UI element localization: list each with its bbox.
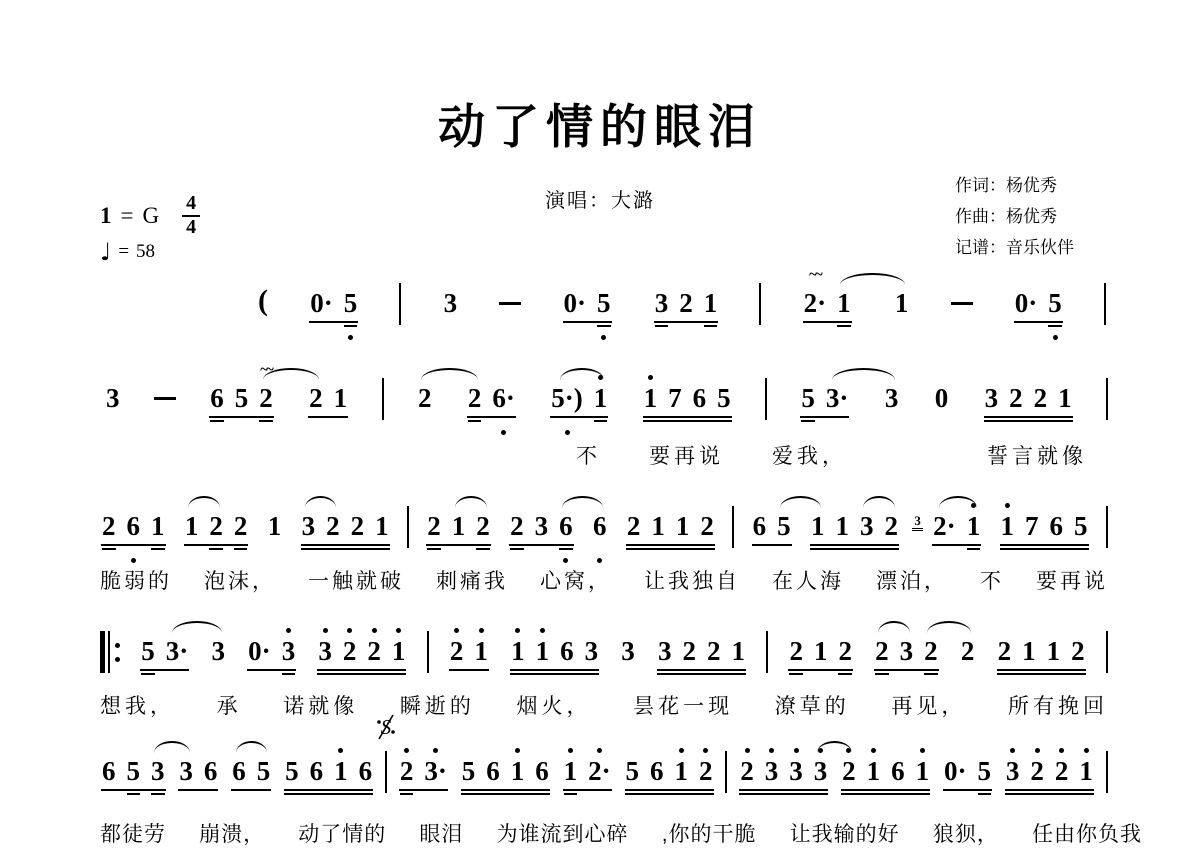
note: 5 [1072,500,1090,567]
beam-line [308,416,348,418]
note-number: 1 [811,510,825,542]
note-number: 1 [895,287,909,319]
note: 2 [840,745,858,812]
note-number: 2 [961,635,975,667]
octave-dot-slot [871,745,876,755]
note-number: 6 [559,510,573,542]
beam-line [752,544,792,546]
open-paren: ( [258,285,268,317]
note: 2 [341,625,359,692]
credits-block: 作词：杨优秀 作曲：杨优秀 记谱：音乐伙伴 [955,170,1074,263]
beam-line [101,544,166,546]
beam-zone [418,414,432,428]
beam-group: 21 [448,625,490,692]
beam-line [284,793,373,795]
note-number: 2 [468,382,482,414]
note-number: 2 [259,382,273,414]
note-number: 3 [658,635,672,667]
beam-group: 53· [139,625,190,692]
note: 3· [164,625,191,692]
note: 1 [149,500,167,567]
note-number: 6· [492,382,515,414]
note: 6 [691,372,709,439]
slur-arc [305,496,337,508]
note: 5 [460,745,478,812]
beam-line [997,669,1086,671]
note: 2 [474,500,492,567]
note: ~~2· [802,277,829,344]
note: 2 [416,372,434,439]
note: 5 [595,277,613,344]
high-octave-dot [372,628,377,633]
beam-line [625,789,714,791]
note: 1 [893,277,911,344]
note-number: 1 [867,755,881,787]
note: 2 [448,625,466,692]
note: 6 [533,745,551,812]
note-number: 1 [151,510,165,542]
note: 6 [208,372,226,439]
note-number: 1 [375,510,389,542]
note-number: 1 [1058,382,1072,414]
note: 6 [100,745,118,812]
octave-dot-slot [1005,500,1010,510]
note: 3 [209,625,227,692]
note-number: 1 [835,510,849,542]
dash-note [951,302,973,305]
octave-dot-slot [794,745,799,755]
note: 1 [674,500,692,567]
note-number: 2· [804,287,827,319]
note: 2 [681,625,699,692]
note-number: 3 [151,755,165,787]
beam-group: 23· [398,745,449,812]
note-number: 6 [310,755,324,787]
note: 3 [883,372,901,439]
high-octave-dot [648,375,653,380]
slur-arc [562,496,603,508]
note-number: 2 [875,635,889,667]
beam-line [550,416,608,418]
note: 5·) [549,372,585,439]
note-number: 1 [676,510,690,542]
octave-dot-slot [372,625,377,635]
note: 2 [349,500,367,567]
note-number: 1 [334,382,348,414]
beam-group: 0·5 [942,745,993,812]
beam-line [309,321,358,323]
beam-line [1014,321,1063,323]
note: 1 [266,500,284,567]
note-number: 2 [700,510,714,542]
octave-dot-slot [338,745,343,755]
note: 3 [104,372,122,439]
note-number: 5 [235,382,249,414]
beam-zone [961,667,975,681]
note-number: 0· [248,635,271,667]
note: 1 [1020,625,1038,692]
slur-arc [817,741,852,753]
note: 2 [625,500,643,567]
note: 3 [653,277,671,344]
note: 5 [125,745,143,812]
beam-group: 2·1 [931,500,982,567]
low-octave-dot [601,335,606,340]
beam-group: 65 [230,745,272,812]
tempo-marking: ♩ = 58 [100,238,155,266]
note-number: 1 [916,755,930,787]
note-number: 2 [789,635,803,667]
note: 2· [586,745,613,812]
note: 7 [666,372,684,439]
beam-line [476,548,490,550]
note: 2 [425,500,443,567]
lyric-segment: 昙花一现 [633,690,733,720]
lyric-segment: 动了情的 [298,818,386,848]
beam-zone [106,414,120,428]
lyric-segment: 瞬逝的 [400,690,475,720]
beam-group: 232 [873,625,940,692]
beam-group: 1765 [642,372,733,439]
high-octave-dot [1084,748,1089,753]
octave-dot-slot [565,428,570,439]
note: 6 [591,500,609,567]
note: 3 [442,277,460,344]
note-number: 1 [644,382,658,414]
note-number: 6 [891,755,905,787]
note: 3 [812,745,830,812]
beam-line [626,544,715,546]
note: 6 [308,745,326,812]
beam-line [234,548,248,550]
note-number: 2 [683,635,697,667]
beam-line [1005,793,1094,795]
low-octave-dot [563,558,568,563]
note-number: 3 [860,510,874,542]
note: 1 [450,500,468,567]
lyric-segment: 脆弱的 [100,565,172,595]
slur-arc [939,496,977,508]
lyrics-line-2: 不要再说爱我，誓言就像 [576,440,1087,470]
note-number: 1 [814,635,828,667]
beam-group: 12· [562,745,613,812]
octave-dot-slot [601,333,606,344]
note-number: 5·) [551,382,583,414]
beam-line [564,793,578,795]
beam-line [247,669,296,671]
beam-line [259,420,273,422]
note-number: 3 [302,510,316,542]
note-number: 1 [675,755,689,787]
note-number: 2· [933,510,956,542]
note-number: 5 [1074,510,1088,542]
beam-line [810,548,899,550]
lyric-segment: 任由你负我 [1032,818,1142,848]
octave-dot-slot [745,745,750,755]
note: 2 [398,745,416,812]
note: 2 [698,500,716,567]
beam-group: 3221 [300,500,391,567]
note: 3 [983,372,1001,439]
beam-zone [444,319,458,333]
note: 6 [202,745,220,812]
beam-group: 2333 [738,745,829,812]
high-octave-dot [286,628,291,633]
beam-line [102,548,116,550]
note: 1 [809,500,827,567]
octave-dot-slot [1084,745,1089,755]
note: ~~2 [257,372,275,439]
note-number: 6 [753,510,767,542]
note-number: 0 [935,382,949,414]
note: 1 [833,500,851,567]
high-octave-dot [396,628,401,633]
note: 7 [1023,500,1041,567]
slur-arc [840,273,905,285]
note-number: 5 [141,635,155,667]
note: 0· [942,745,969,812]
beam-group: 36 [177,745,219,812]
octave-dot-slot [396,625,401,635]
beam-zone [621,667,635,681]
note-number: 1 [967,510,981,542]
mordent-ornament: ~~ [809,267,821,284]
octave-dot-slot [597,745,602,755]
note-number: 2· [588,755,611,787]
beam-line [841,789,930,791]
high-octave-dot [769,748,774,753]
octave-dot-slot [648,372,653,382]
note: 1 [1045,625,1063,692]
beam-line [1048,325,1062,327]
lyric-segment: 潦草的 [775,690,850,720]
beam-line [943,789,992,791]
octave-dot-slot [347,625,352,635]
beam-line [510,673,599,675]
note: 3 [280,625,298,692]
note: 2 [1028,745,1046,812]
high-octave-dot [1059,748,1064,753]
beam-line [801,420,815,422]
beam-line [426,544,491,546]
barline [407,506,409,548]
beam-line [101,789,166,791]
note-number: 3 [621,635,635,667]
high-octave-dot [433,748,438,753]
note: 1 [702,277,720,344]
note: 3 [787,745,805,812]
note: 2 [697,745,715,812]
beam-group: 0·5 [1013,277,1064,344]
note: 2· [931,500,958,567]
note: 2 [787,625,805,692]
note-number: 3 [318,635,332,667]
beam-group: 1132 [809,500,900,567]
repeat-dot [115,657,120,662]
note-number: 6 [535,755,549,787]
tonic-number: 1 [100,203,112,229]
slur-arc [780,496,821,508]
octave-dot-slot [479,625,484,635]
barline [732,506,734,548]
high-octave-dot [323,628,328,633]
lyric-segment: 一触就破 [308,565,404,595]
note-number: 6 [693,382,707,414]
beam-line [654,321,719,323]
beam-zone [895,319,909,333]
note: 0· [562,277,589,344]
note-number: 2 [679,287,693,319]
beam-group: 1765 [999,500,1090,567]
sheet-music-page: 动了情的眼泪 演唱：大潞 作词：杨优秀 作曲：杨优秀 记谱：音乐伙伴 1 = G… [0,0,1200,850]
beam-line [594,420,608,422]
lyric-segment: 要再说 [1036,565,1108,595]
note-number: 2 [418,382,432,414]
note-number: 5 [462,755,476,787]
beam-group: 3221 [983,372,1074,439]
note-number: 5 [978,755,992,787]
meter-numerator: 4 [182,193,200,217]
beam-line [803,321,852,323]
beam-group: 26· [466,372,517,439]
barline [1106,506,1108,548]
music-line-2: 365~~221226·5·)1176553·303221 [104,372,1108,438]
note-number: 2 [884,510,898,542]
note-number: 2 [234,510,248,542]
high-octave-dot [679,748,684,753]
note-number: 2 [1030,755,1044,787]
beam-line [563,321,612,323]
note-number: 1 [511,635,525,667]
note: 6 [357,745,375,812]
note-number: 1 [392,635,406,667]
beam-line [875,673,889,675]
slur-arc [832,368,895,380]
beam-line [625,793,714,795]
note: 2 [466,372,484,439]
high-octave-dot [1010,748,1015,753]
lyric-segment: 承 [217,690,242,720]
note-number: 3 [885,382,899,414]
beam-line [151,793,165,795]
note-number: 5 [344,287,358,319]
note: 5 [799,372,817,439]
barline [382,378,384,420]
beam-zone [885,414,899,428]
beam-line [427,548,441,550]
beam-line [1000,548,1089,550]
note-number: 5 [285,755,299,787]
note-number: 3 [106,382,120,414]
note-number: 5 [1048,287,1062,319]
note-number: 6 [210,382,224,414]
note: 0· [246,625,273,692]
note: 5 [775,500,793,567]
lyric-segment: 要再说 [649,440,724,470]
note: 3 [763,745,781,812]
lyric-segment: 诺就像 [283,690,358,720]
note-number: 3 [282,635,296,667]
barline [385,751,387,793]
lyric-segment: 都徒劳 [100,818,166,848]
beam-zone [935,414,949,428]
low-octave-dot [131,558,136,563]
note: 2 [324,500,342,567]
slur-arc [421,368,478,380]
note: 3 [300,500,318,567]
lyrics-line-5: 都徒劳崩溃，动了情的眼泪为谁流到心碎,你的干脆让我输的好狼狈，任由你负我 [100,818,1142,848]
beam-line [301,548,390,550]
note-number: 2 [367,635,381,667]
beam-line [978,793,992,795]
high-octave-dot [540,628,545,633]
slur-arc [863,496,895,508]
note-number: 2 [707,635,721,667]
slur-arc [172,621,222,633]
beam-line [468,420,482,422]
note: 2 [738,745,756,812]
note-number: 1 [1047,635,1061,667]
slur-arc [878,621,910,633]
note: 1 [183,500,201,567]
lyric-segment: 让我输的好 [790,818,900,848]
note-number: 5 [597,287,611,319]
beam-line [151,548,165,550]
high-octave-dot [404,748,409,753]
lyric-segment: 在人海 [772,565,844,595]
note: 1 [914,745,932,812]
note-number: 1 [268,510,282,542]
note: 5 [233,372,251,439]
note: 3· [824,372,851,439]
octave-dot-slot [433,745,438,755]
beam-line [210,420,224,422]
note-number: 1 [732,635,746,667]
high-octave-dot [568,748,573,753]
note-number: 2 [400,755,414,787]
note-number: 1 [511,755,525,787]
octave-dot-slot [501,428,506,439]
note: 6 [125,500,143,567]
note: 2 [508,500,526,567]
octave-dot-slot [703,745,708,755]
beam-group: 3221 [316,625,407,692]
beam-group: 321 [653,277,720,344]
note: 2 [873,625,891,692]
octave-dot-slot [540,625,545,635]
beam-line [643,416,732,418]
note: 5 [976,745,994,812]
note-number: 1 [1079,755,1093,787]
note: 1 [562,745,580,812]
beam-group: 0·5 [562,277,613,344]
lyric-segment: 爱我， [772,440,847,470]
beam-line [467,416,516,418]
note: 2 [365,625,383,692]
note: 1 [509,745,527,812]
note-number: 6 [560,635,574,667]
note-number: 1 [594,382,608,414]
note-number: 6 [359,755,373,787]
note-number: 6 [102,755,116,787]
beam-line [449,669,489,671]
beam-zone [593,542,607,556]
note: 2 [705,625,723,692]
beam-line [739,789,828,791]
note: 1 [534,625,552,692]
note-number: 3 [211,635,225,667]
tempo-equals: = [118,241,129,263]
